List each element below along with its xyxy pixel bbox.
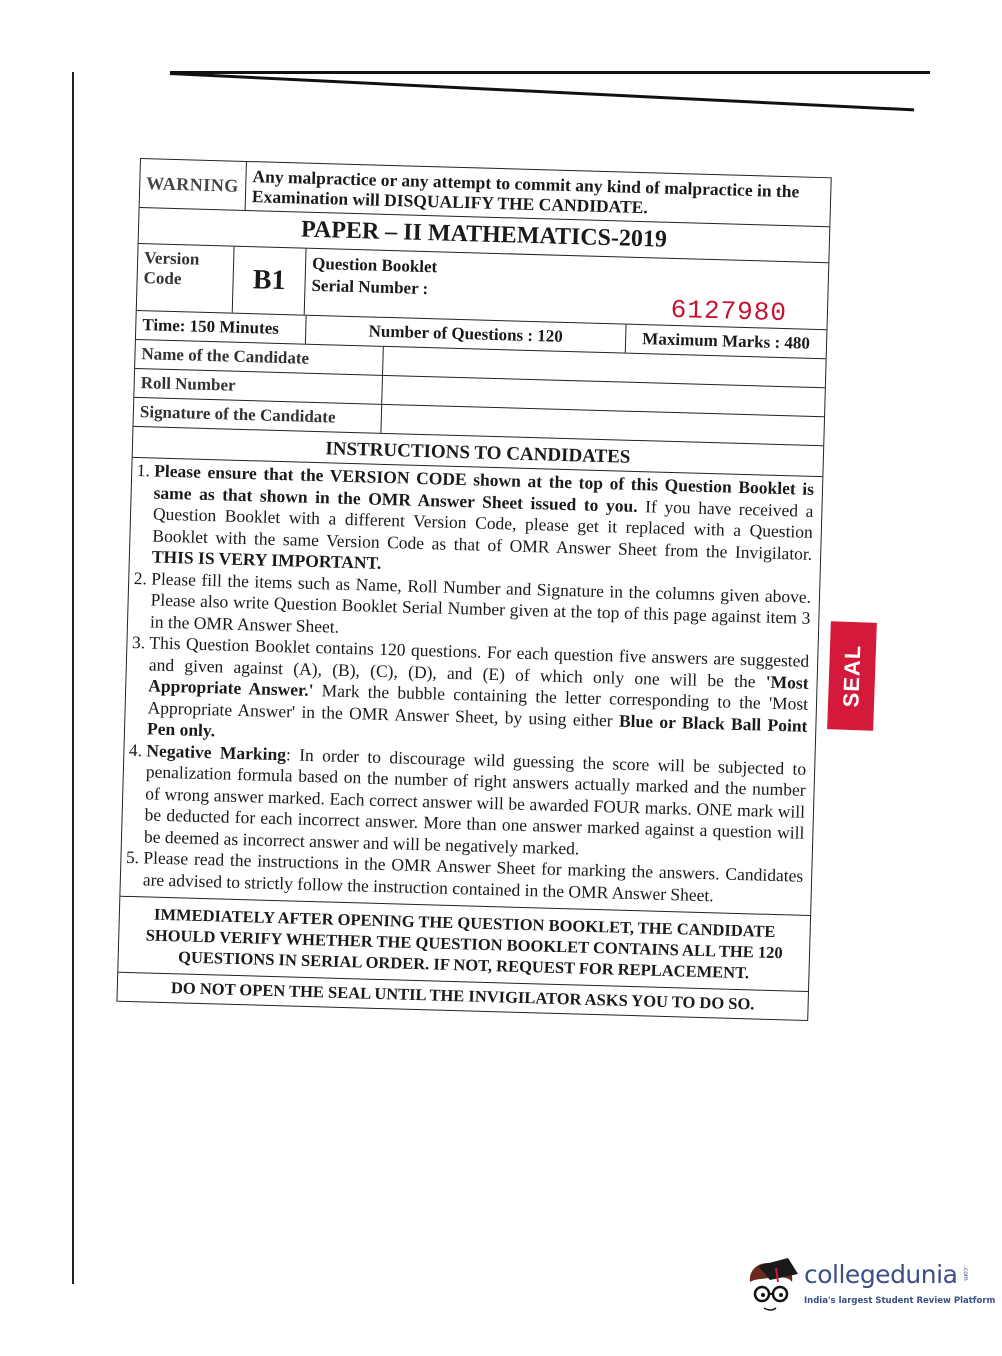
page-edge-top xyxy=(170,71,930,74)
version-code-label: Version Code xyxy=(137,244,235,313)
instruction-item: Negative Marking: In order to discourage… xyxy=(144,740,807,866)
brand-domain: .com xyxy=(962,1266,969,1281)
collegedunia-watermark: collegedunia .com India's largest Studen… xyxy=(744,1252,974,1322)
warning-label: WARNING xyxy=(140,159,247,210)
seal-tab[interactable]: SEAL xyxy=(827,621,877,731)
serial-number-value: 6127980 xyxy=(670,299,787,324)
page-fold-shadow xyxy=(170,72,914,111)
brand-tagline: India's largest Student Review Platform xyxy=(804,1296,995,1306)
seal-label: SEAL xyxy=(838,644,866,708)
question-booklet-cover: WARNING Any malpractice or any attempt t… xyxy=(116,158,831,1021)
page-edge-left xyxy=(72,72,74,1284)
version-code-value: B1 xyxy=(233,247,307,315)
instructions-body: Please ensure that the VERSION CODE show… xyxy=(120,458,822,915)
mascot-icon xyxy=(744,1256,800,1314)
instruction-item: This Question Booklet contains 120 quest… xyxy=(147,632,810,758)
time-allowed: Time: 150 Minutes xyxy=(136,311,307,344)
instruction-item: Please ensure that the VERSION CODE show… xyxy=(152,461,815,587)
maximum-marks: Maximum Marks : 480 xyxy=(626,325,827,359)
brand-name: collegedunia xyxy=(804,1260,957,1289)
